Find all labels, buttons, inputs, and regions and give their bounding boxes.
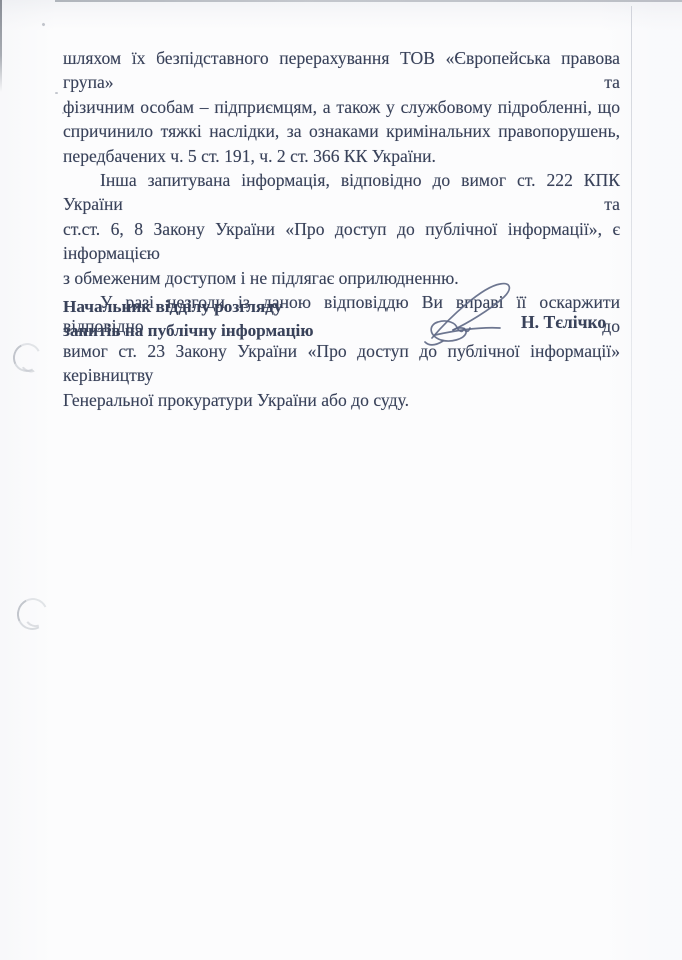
document-text-line: Генеральної прокуратури України або до с… [63,388,620,412]
document-text-line: вимог ст. 23 Закону України «Про доступ … [63,339,620,388]
document-text-line: передбачених ч. 5 ст. 191, ч. 2 ст. 366 … [63,144,620,168]
hole-punch-mark-upper [9,339,45,375]
signer-title-line-1: Начальник відділу розгляду [63,295,363,319]
document-text-line: з обмеженим доступом і не підлягає оприл… [63,266,620,290]
hole-punch-mark-lower [13,594,52,634]
signer-name: Н. Тєлічко [521,312,606,333]
document-paragraph: Інша запитувана інформація, відповідно д… [63,168,620,290]
document-text-line: спричинило тяжкі наслідки, за ознаками к… [63,119,620,143]
document-text-line: Інша запитувана інформація, відповідно д… [63,168,620,217]
document-text-line: ст.ст. 6, 8 Закону України «Про доступ д… [63,217,620,266]
signer-title-line-2: запитів на публічну інформацію [63,319,363,343]
scanned-document-page: шляхом їх безпідставного перерахування Т… [0,0,682,960]
handwritten-signature [420,277,532,349]
signer-title: Начальник відділу розгляду запитів на пу… [63,295,363,343]
signature-block: Начальник відділу розгляду запитів на пу… [0,0,682,120]
